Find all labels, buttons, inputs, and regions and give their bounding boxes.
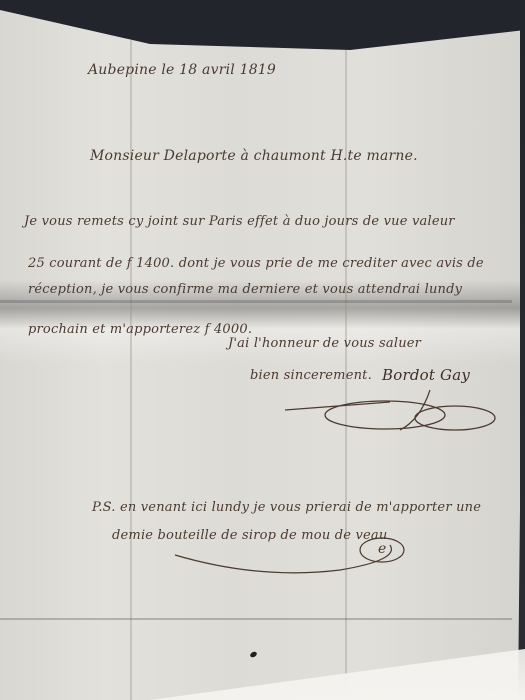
vertical-fold — [130, 40, 132, 700]
horizontal-fold — [0, 300, 512, 303]
body-line-3: réception, je vous confirme ma derniere … — [28, 282, 462, 297]
postscript-mark: e — [378, 541, 387, 557]
closing-line-1: J'ai l'honneur de vous saluer — [228, 336, 421, 351]
body-line-1: Je vous remets cy joint sur Paris effet … — [24, 214, 455, 229]
dateline: Aubepine le 18 avril 1819 — [88, 62, 276, 78]
horizontal-fold — [0, 618, 512, 620]
signature-flourish — [280, 380, 510, 440]
body-line-2: 25 courant de f 1400. dont je vous prie … — [28, 256, 484, 271]
postscript-line-1: P.S. en venant ici lundy je vous prierai… — [92, 500, 481, 515]
salutation: Monsieur Delaporte à chaumont H.te marne… — [90, 148, 418, 164]
body-line-4: prochain et m'apporterez f 4000. — [28, 322, 252, 337]
